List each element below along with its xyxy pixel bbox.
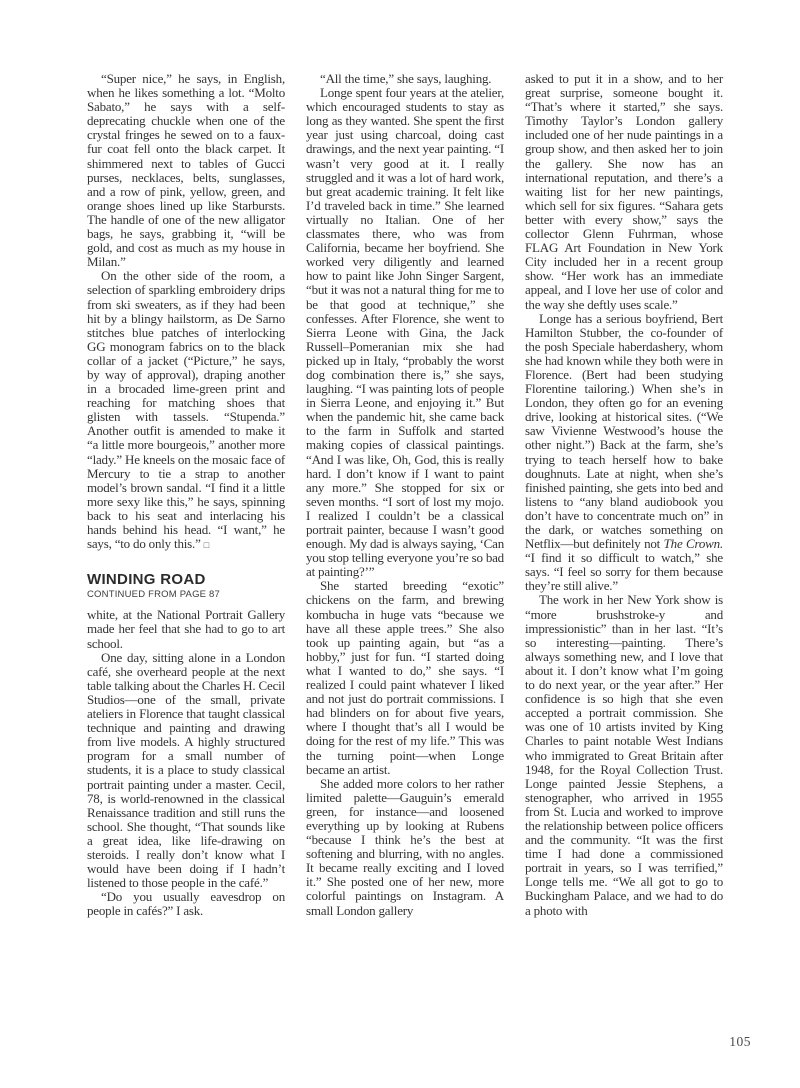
body-paragraph: “Do you usually eavesdrop on people in c… (87, 890, 285, 918)
magazine-page: “Super nice,” he says, in English, when … (0, 0, 800, 1088)
continued-from-note: CONTINUED FROM PAGE 87 (87, 588, 285, 602)
body-paragraph: “All the time,” she says, laughing. (306, 72, 504, 86)
body-paragraph: She added more colors to her rather limi… (306, 777, 504, 918)
page-number: 105 (729, 1034, 751, 1050)
paragraph-text: Longe has a serious boyfriend, Bert Hami… (525, 311, 723, 552)
article-end-paragraph: On the other side of the room, a selecti… (87, 269, 285, 552)
column-middle: “All the time,” she says, laughing. Long… (306, 72, 504, 918)
column-right: asked to put it in a show, and to her gr… (525, 72, 723, 918)
paragraph-text: “I find it so difficult to watch,” she s… (525, 550, 723, 593)
body-paragraph: She started breeding “exotic” chickens o… (306, 579, 504, 776)
italic-title-text: The Crown. (664, 536, 723, 551)
article-end-paragraph: “Super nice,” he says, in English, when … (87, 72, 285, 269)
end-of-article-mark: □ (204, 540, 209, 550)
body-paragraph: Longe spent four years at the atelier, w… (306, 86, 504, 579)
body-paragraph: Longe has a serious boyfriend, Bert Hami… (525, 312, 723, 594)
body-paragraph: One day, sitting alone in a London café,… (87, 651, 285, 891)
section-heading: WINDING ROAD (87, 573, 285, 587)
paragraph-text: On the other side of the room, a selecti… (87, 268, 285, 551)
body-paragraph: The work in her New York show is “more b… (525, 593, 723, 917)
body-paragraph: white, at the National Portrait Gallery … (87, 608, 285, 650)
body-paragraph: asked to put it in a show, and to her gr… (525, 72, 723, 312)
column-left: “Super nice,” he says, in English, when … (87, 72, 285, 918)
